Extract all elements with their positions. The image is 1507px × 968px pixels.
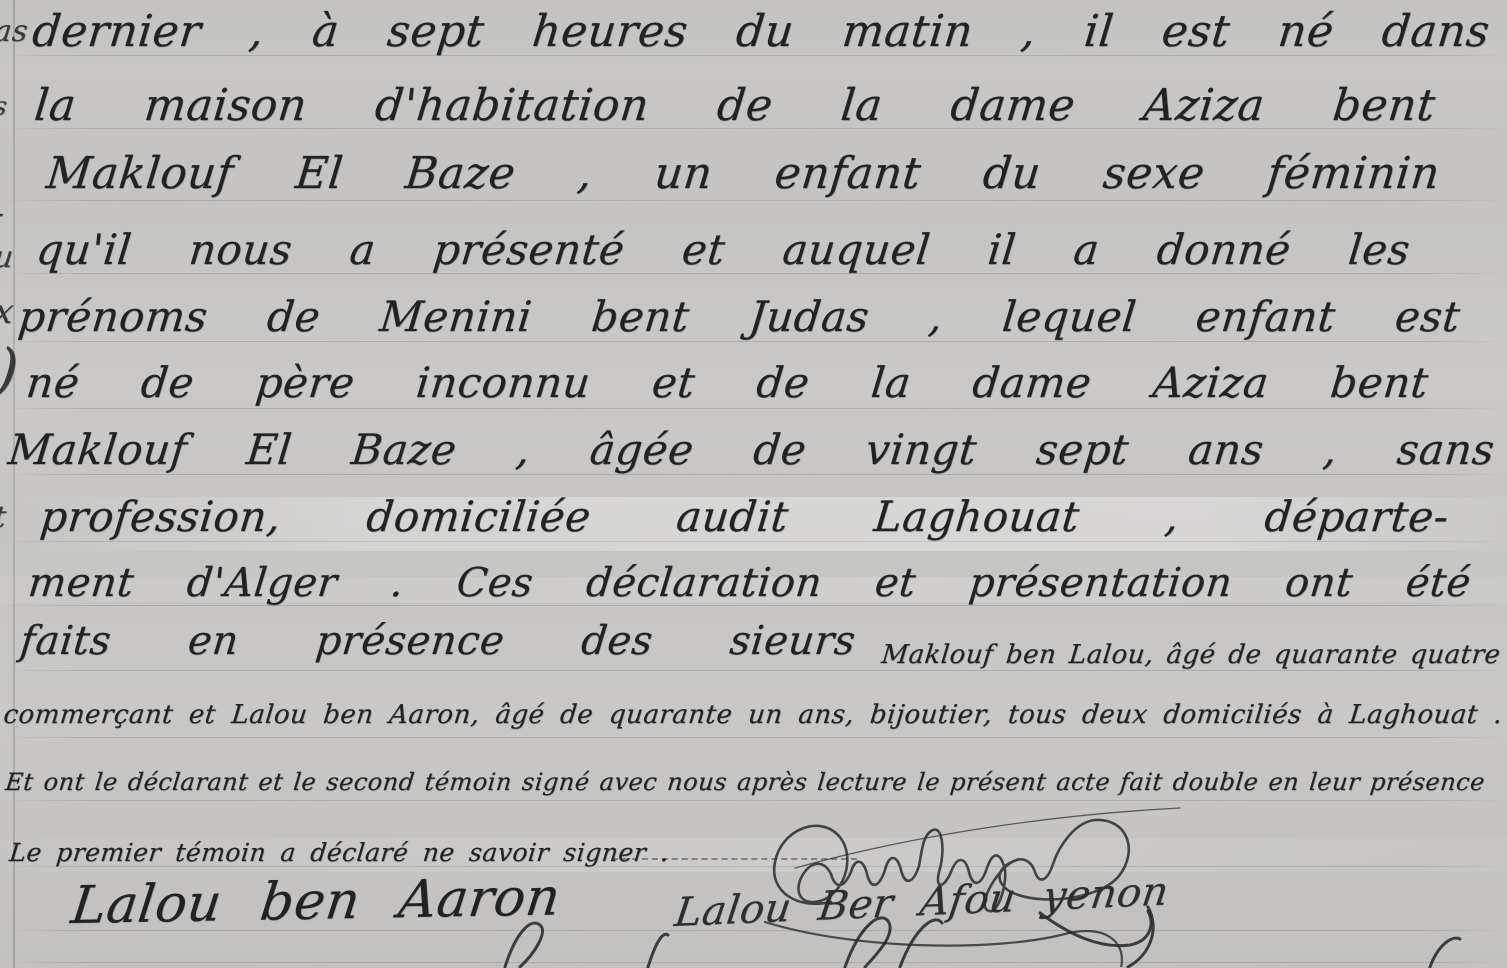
manuscript-line-2: la maison d'habitation de la dame Aziza … xyxy=(32,80,1438,131)
manuscript-line-5: prénoms de Menini bent Judas , lequel en… xyxy=(16,292,1463,341)
ruled-line xyxy=(0,737,1507,738)
manuscript-line-7: Maklouf El Baze , âgée de vingt sept ans… xyxy=(6,425,1497,474)
manuscript-line-6: né de père inconnu et de la dame Aziza b… xyxy=(24,358,1431,407)
ruled-line xyxy=(0,200,1507,201)
manuscript-line-4: qu'il nous a présenté et auquel il a don… xyxy=(34,225,1413,274)
manuscript-line-10: faits en présence des sieurs xyxy=(18,618,858,664)
manuscript-line-8: profession, domiciliée audit Laghouat , … xyxy=(38,492,1451,541)
margin-letter-fragment: t xyxy=(0,500,8,535)
manuscript-line-3: Maklouf El Baze , un enfant du sexe fémi… xyxy=(44,148,1442,199)
ruled-line xyxy=(0,408,1507,409)
manuscript-line-1: dernier , à sept heures du matin , il es… xyxy=(30,6,1492,57)
ruled-line xyxy=(0,670,1507,671)
ruled-line xyxy=(0,541,1507,542)
manuscript-line-12: commerçant et Lalou ben Aaron, âgé de qu… xyxy=(2,700,1504,730)
manuscript-line-14: Le premier témoin a déclaré ne savoir si… xyxy=(8,838,671,867)
ruled-line xyxy=(0,474,1507,475)
margin-letter-fragment: ) xyxy=(0,336,22,404)
ruled-line xyxy=(0,341,1507,342)
manuscript-line-9: ment d'Alger . Ces déclaration et présen… xyxy=(26,560,1473,606)
margin-letter-fragment: as xyxy=(0,14,30,49)
cutoff-bottom-signature-strokes xyxy=(0,905,1507,968)
manuscript-page: dernier , à sept heures du matin , il es… xyxy=(0,0,1507,968)
manuscript-line-11: Maklouf ben Lalou, âgé de quarante quatr… xyxy=(880,640,1507,670)
margin-letter-fragment: s xyxy=(0,92,9,122)
margin-rule-line xyxy=(13,0,15,968)
margin-letter-fragment: - xyxy=(0,196,6,231)
